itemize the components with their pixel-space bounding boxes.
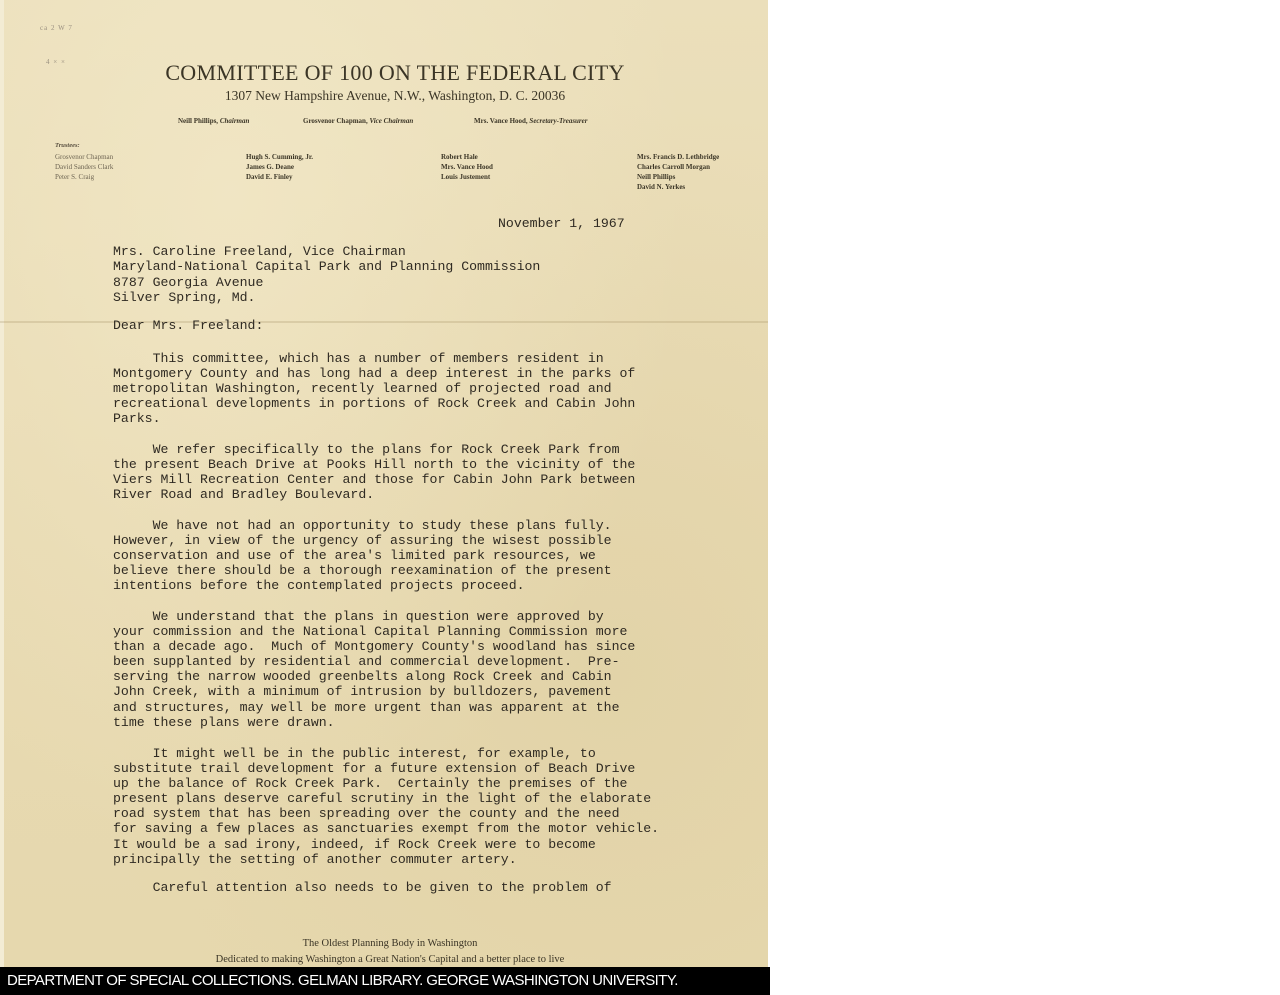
officer-role: Chairman bbox=[220, 117, 250, 125]
trustee-name: Louis Justement bbox=[441, 172, 493, 182]
trustees-column-3: Robert Hale Mrs. Vance Hood Louis Justem… bbox=[441, 152, 493, 182]
trustees-column-4: Mrs. Francis D. Lethbridge Charles Carro… bbox=[637, 152, 719, 192]
officer-role: Vice Chairman bbox=[369, 117, 413, 125]
paragraph-line: than a decade ago. Much of Montgomery Co… bbox=[113, 639, 635, 654]
paragraph-line: road system that has been spreading over… bbox=[113, 806, 659, 821]
paragraph-line: River Road and Bradley Boulevard. bbox=[113, 487, 635, 502]
paragraph-line: conservation and use of the area's limit… bbox=[113, 548, 612, 563]
letterhead-title: COMMITTEE OF 100 ON THE FEDERAL CITY bbox=[0, 60, 768, 86]
letterhead-address: 1307 New Hampshire Avenue, N.W., Washing… bbox=[0, 88, 768, 104]
paragraph-line: and structures, may well be more urgent … bbox=[113, 700, 635, 715]
paragraph-line: We have not had an opportunity to study … bbox=[113, 518, 612, 533]
address-line: 8787 Georgia Avenue bbox=[113, 275, 540, 290]
trustee-name: Mrs. Francis D. Lethbridge bbox=[637, 152, 719, 162]
paragraph-line: This committee, which has a number of me… bbox=[113, 351, 635, 366]
paragraph-line: Viers Mill Recreation Center and those f… bbox=[113, 472, 635, 487]
trustees-label: Trustees: bbox=[55, 142, 80, 149]
address-line: Maryland-National Capital Park and Plann… bbox=[113, 259, 540, 274]
paragraph-line: serving the narrow wooded greenbelts alo… bbox=[113, 669, 635, 684]
trustee-name: James G. Deane bbox=[246, 162, 313, 172]
officer-vice-chairman: Grosvenor Chapman, Vice Chairman bbox=[303, 117, 413, 125]
paragraph-line: Careful attention also needs to be given… bbox=[113, 880, 612, 895]
trustee-name: Mrs. Vance Hood bbox=[441, 162, 493, 172]
paragraph-6: Careful attention also needs to be given… bbox=[113, 880, 612, 895]
paragraph-4: We understand that the plans in question… bbox=[113, 609, 635, 730]
trustee-name: Hugh S. Cumming, Jr. bbox=[246, 152, 313, 162]
paragraph-line: your commission and the National Capital… bbox=[113, 624, 635, 639]
paragraph-line: for saving a few places as sanctuaries e… bbox=[113, 821, 659, 836]
trustee-name: David E. Finley bbox=[246, 172, 313, 182]
trustee-name: Grosvenor Chapman bbox=[55, 152, 113, 162]
trustees-column-2: Hugh S. Cumming, Jr. James G. Deane Davi… bbox=[246, 152, 313, 182]
trustee-name: David Sanders Clark bbox=[55, 162, 113, 172]
paragraph-2: We refer specifically to the plans for R… bbox=[113, 442, 635, 502]
paragraph-line: principally the setting of another commu… bbox=[113, 852, 659, 867]
address-line: Mrs. Caroline Freeland, Vice Chairman bbox=[113, 244, 540, 259]
paragraph-line: present plans deserve careful scrutiny i… bbox=[113, 791, 659, 806]
letter-date: November 1, 1967 bbox=[498, 216, 625, 231]
officer-secretary-treasurer: Mrs. Vance Hood, Secretary-Treasurer bbox=[474, 117, 588, 125]
paragraph-line: It would be a sad irony, indeed, if Rock… bbox=[113, 837, 659, 852]
officer-name: Neill Phillips, bbox=[178, 117, 218, 125]
officer-name: Grosvenor Chapman, bbox=[303, 117, 368, 125]
trustee-name: Neill Phillips bbox=[637, 172, 719, 182]
letter-page: ca 2 W 7 4 × × COMMITTEE OF 100 ON THE F… bbox=[0, 0, 768, 967]
paragraph-line: Parks. bbox=[113, 411, 635, 426]
paragraph-line: time these plans were drawn. bbox=[113, 715, 635, 730]
trustee-name: Robert Hale bbox=[441, 152, 493, 162]
paragraph-line: metropolitan Washington, recently learne… bbox=[113, 381, 635, 396]
footer-motto-line-2: Dedicated to making Washington a Great N… bbox=[0, 954, 768, 965]
paragraph-line: substitute trail development for a futur… bbox=[113, 761, 659, 776]
trustees-column-1: Grosvenor Chapman David Sanders Clark Pe… bbox=[55, 152, 113, 182]
paragraph-line: up the balance of Rock Creek Park. Certa… bbox=[113, 776, 659, 791]
paragraph-line: Montgomery County and has long had a dee… bbox=[113, 366, 635, 381]
officer-chairman: Neill Phillips, Chairman bbox=[178, 117, 249, 125]
trustee-name: Peter S. Craig bbox=[55, 172, 113, 182]
inside-address: Mrs. Caroline Freeland, Vice ChairmanMar… bbox=[113, 244, 540, 305]
paragraph-line: been supplanted by residential and comme… bbox=[113, 654, 635, 669]
paragraph-3: We have not had an opportunity to study … bbox=[113, 518, 612, 593]
officer-role: Secretary-Treasurer bbox=[529, 117, 587, 125]
paragraph-line: It might well be in the public interest,… bbox=[113, 746, 659, 761]
archive-mark: ca 2 W 7 bbox=[40, 24, 73, 32]
paragraph-line: John Creek, with a minimum of intrusion … bbox=[113, 684, 635, 699]
salutation: Dear Mrs. Freeland: bbox=[113, 318, 263, 333]
paragraph-line: However, in view of the urgency of assur… bbox=[113, 533, 612, 548]
paragraph-1: This committee, which has a number of me… bbox=[113, 351, 635, 426]
address-line: Silver Spring, Md. bbox=[113, 290, 540, 305]
paragraph-5: It might well be in the public interest,… bbox=[113, 746, 659, 867]
footer-motto-line-1: The Oldest Planning Body in Washington bbox=[0, 938, 768, 949]
page-edge bbox=[0, 0, 4, 967]
trustee-name: David N. Yerkes bbox=[637, 182, 719, 192]
paragraph-line: We refer specifically to the plans for R… bbox=[113, 442, 635, 457]
paragraph-line: recreational developments in portions of… bbox=[113, 396, 635, 411]
paragraph-line: We understand that the plans in question… bbox=[113, 609, 635, 624]
paragraph-line: believe there should be a thorough reexa… bbox=[113, 563, 612, 578]
officer-name: Mrs. Vance Hood, bbox=[474, 117, 528, 125]
paragraph-line: intentions before the contemplated proje… bbox=[113, 578, 612, 593]
trustee-name: Charles Carroll Morgan bbox=[637, 162, 719, 172]
paragraph-line: the present Beach Drive at Pooks Hill no… bbox=[113, 457, 635, 472]
archive-credit-bar: DEPARTMENT OF SPECIAL COLLECTIONS. GELMA… bbox=[0, 967, 770, 995]
